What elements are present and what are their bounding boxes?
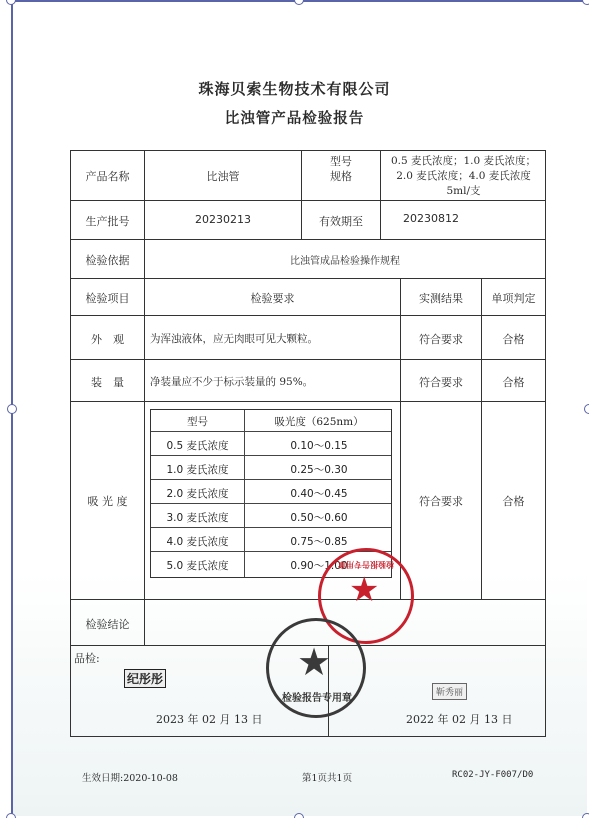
star-icon: ★ [349, 573, 379, 607]
page-info: 第1页共1页 [302, 770, 352, 784]
effective-date: 生效日期:2020-10-08 [82, 770, 178, 784]
result-appearance: 符合要求 [401, 331, 481, 347]
product-name-value: 比浊管 [145, 168, 301, 184]
item-appearance: 外 观 [71, 331, 144, 347]
result-absorbance: 符合要求 [401, 493, 481, 509]
spec-label: 规格 [302, 168, 380, 184]
item-absorbance: 吸 光 度 [71, 493, 144, 509]
table-row: 1.0 麦氏浓度 0.25～0.30 [151, 458, 391, 480]
absorbance-range: 0.50～0.60 [245, 510, 393, 525]
batch-value: 20230213 [145, 213, 301, 226]
approver-signature: 靳秀丽 [432, 683, 467, 700]
absorbance-range: 0.75～0.85 [245, 534, 393, 549]
absorbance-header-model: 型号 [151, 414, 244, 429]
resize-handle-bottom-right[interactable] [582, 813, 589, 818]
model-value-line2: 2.0 麦氏浓度；4.0 麦氏浓度 [381, 168, 546, 183]
expiry-label: 有效期至 [302, 213, 380, 229]
absorbance-model: 3.0 麦氏浓度 [151, 510, 244, 525]
qc-date: 2023 年 02 月 13 日 [156, 711, 262, 727]
product-name-label: 产品名称 [71, 168, 144, 184]
requirement-appearance: 为浑浊液体，应无肉眼可见大颗粒。 [150, 331, 318, 346]
model-label: 型号 [302, 153, 380, 169]
header-requirement: 检验要求 [145, 290, 400, 306]
absorbance-header-row: 型号 吸光度（625nm） [151, 410, 391, 432]
absorbance-model: 1.0 麦氏浓度 [151, 462, 244, 477]
conclusion-label: 检验结论 [71, 616, 144, 632]
resize-handle-middle-right[interactable] [584, 404, 589, 414]
requirement-volume: 净装量应不少于标示装量的 95%。 [150, 374, 313, 389]
judgment-volume: 合格 [482, 374, 545, 390]
judgment-absorbance: 合格 [482, 493, 545, 509]
red-stamp-text: 检验报告专用章 [331, 559, 401, 570]
table-row: 2.0 麦氏浓度 0.40～0.45 [151, 482, 391, 504]
company-name: 珠海贝索生物技术有限公司 [0, 78, 589, 99]
header-judgment: 单项判定 [482, 290, 545, 306]
expiry-value: 20230812 [381, 212, 481, 225]
absorbance-header-value: 吸光度（625nm） [245, 414, 393, 429]
absorbance-model: 5.0 麦氏浓度 [151, 558, 244, 573]
model-value-line3: 5ml/支 [381, 183, 546, 198]
table-row: 0.5 麦氏浓度 0.10～0.15 [151, 434, 391, 456]
absorbance-model: 0.5 麦氏浓度 [151, 438, 244, 453]
star-icon: ★ [297, 643, 331, 681]
resize-handle-bottom-center[interactable] [294, 813, 304, 818]
inspection-report-stamp: ★ 检验报告专用章 [266, 618, 366, 718]
absorbance-model: 2.0 麦氏浓度 [151, 486, 244, 501]
report-title: 比浊管产品检验报告 [0, 107, 589, 128]
table-row: 3.0 麦氏浓度 0.50～0.60 [151, 506, 391, 528]
basis-value: 比浊管成品检验操作规程 [145, 252, 545, 267]
item-volume: 装 量 [71, 374, 144, 390]
header-item: 检验项目 [71, 290, 144, 306]
absorbance-model: 4.0 麦氏浓度 [151, 534, 244, 549]
resize-handle-middle-left[interactable] [7, 404, 17, 414]
gray-stamp-text: 检验报告专用章 [281, 689, 353, 704]
absorbance-range: 0.25～0.30 [245, 462, 393, 477]
absorbance-range: 0.40～0.45 [245, 486, 393, 501]
result-volume: 符合要求 [401, 374, 481, 390]
header-result: 实测结果 [401, 290, 481, 306]
batch-label: 生产批号 [71, 213, 144, 229]
model-value-line1: 0.5 麦氏浓度；1.0 麦氏浓度； [381, 153, 546, 168]
resize-handle-bottom-left[interactable] [6, 813, 16, 818]
approver-date: 2022 年 02 月 13 日 [406, 711, 512, 727]
absorbance-range: 0.10～0.15 [245, 438, 393, 453]
doc-code: RC02-JY-F007/D0 [452, 770, 533, 780]
qc-label: 品检: [74, 650, 100, 666]
basis-label: 检验依据 [71, 252, 144, 268]
judgment-appearance: 合格 [482, 331, 545, 347]
qc-signature: 纪彤彤 [124, 669, 166, 688]
